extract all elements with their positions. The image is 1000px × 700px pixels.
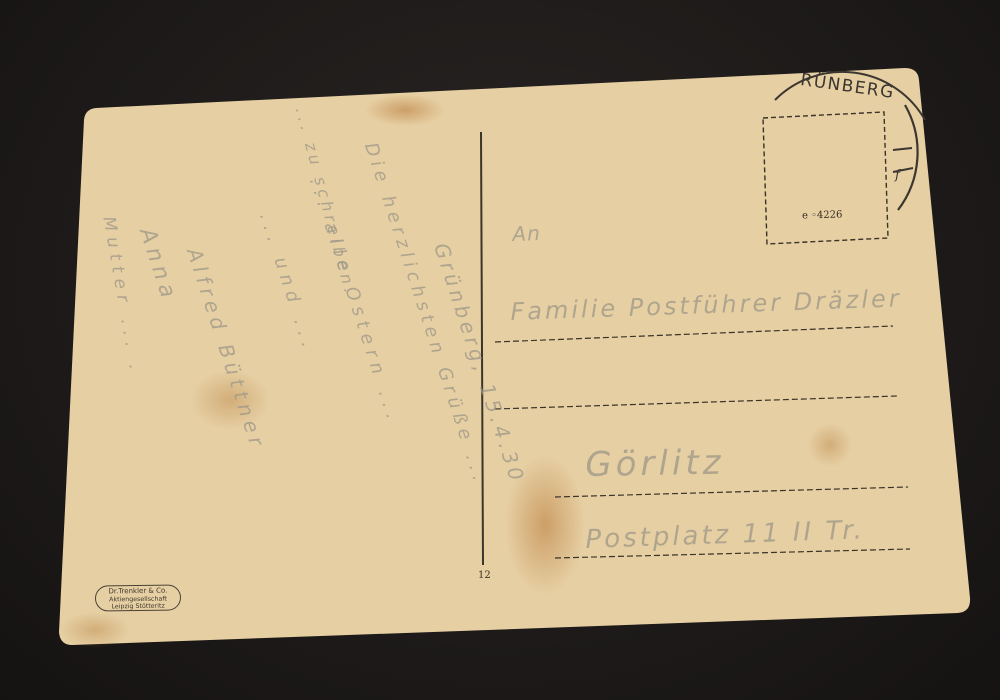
- printer-mark: Dr.Trenkler & Co. Aktiengesellschaft Lei…: [95, 584, 181, 611]
- page-number: 12: [478, 570, 491, 581]
- postcard: RÜNBERG f e ◦4226 12 Dr.Trenkler & Co. A…: [0, 0, 1000, 700]
- printer-mark-line: Leipzig Stötteritz: [96, 603, 180, 612]
- address-line: An: [512, 221, 541, 246]
- postmark-letter: f: [895, 168, 900, 183]
- printer-mark-line: Dr.Trenkler & Co.: [96, 587, 180, 596]
- stamp-box-code: e ◦4226: [802, 209, 843, 221]
- address-line: Görlitz: [585, 443, 725, 485]
